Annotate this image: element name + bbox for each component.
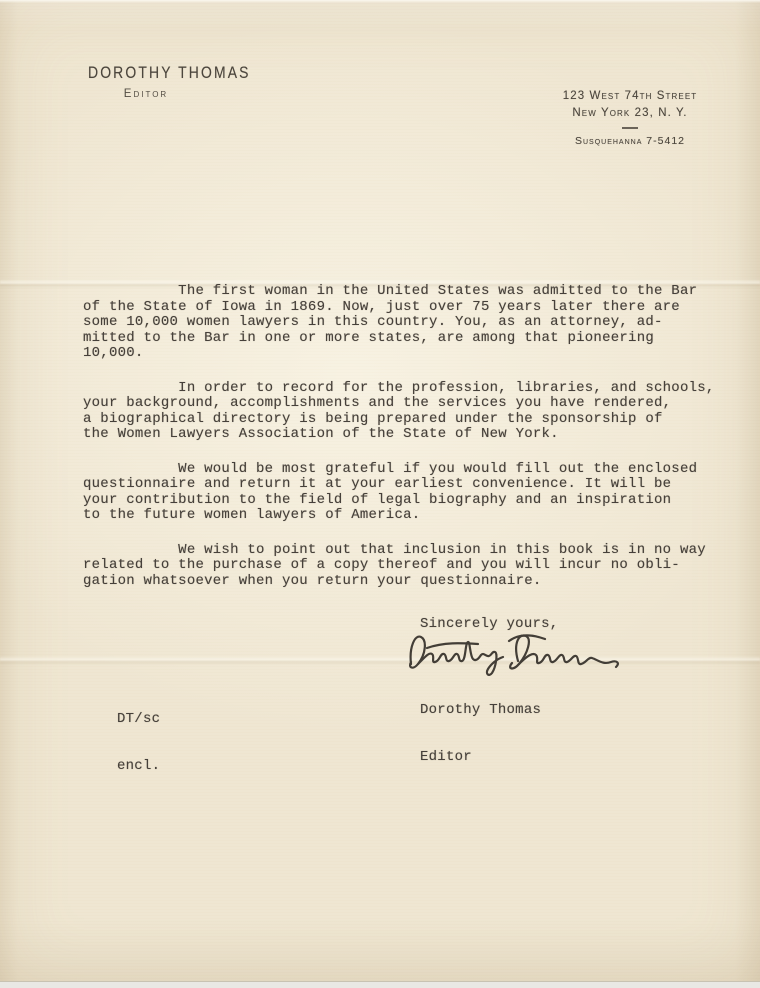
paragraph-1: The first woman in the United States was… bbox=[83, 284, 703, 362]
address-line-2: New York 23, N. Y. bbox=[545, 105, 715, 122]
typed-signature-block: Dorothy Thomas Editor bbox=[420, 672, 541, 796]
paragraph-3: We would be most grateful if you would f… bbox=[83, 462, 703, 524]
closing-block: Sincerely yours, Dorothy Thomas Editor bbox=[420, 617, 558, 633]
signature-svg bbox=[406, 630, 638, 678]
reference-block: DT/sc encl. bbox=[117, 681, 160, 805]
divider-rule bbox=[622, 127, 638, 129]
fold-crease-bottom bbox=[0, 656, 760, 666]
letterhead-address-block: 123 West 74th Street New York 23, N. Y. … bbox=[545, 88, 715, 147]
signature-handwriting bbox=[406, 630, 638, 678]
letter-body: The first woman in the United States was… bbox=[83, 284, 703, 608]
enclosure-notation: encl. bbox=[117, 759, 160, 775]
paragraph-2: In order to record for the profession, l… bbox=[83, 381, 703, 443]
paper-top-edge bbox=[0, 0, 760, 3]
phone-number: Susquehanna 7-5412 bbox=[545, 135, 715, 147]
letter-page: DOROTHY THOMAS Editor 123 West 74th Stre… bbox=[0, 0, 760, 988]
typed-title: Editor bbox=[420, 750, 541, 766]
letterhead-title: Editor bbox=[96, 88, 196, 100]
typist-initials: DT/sc bbox=[117, 712, 160, 728]
paper-bottom-edge bbox=[0, 981, 760, 988]
address-line-1: 123 West 74th Street bbox=[545, 88, 715, 105]
paragraph-4: We wish to point out that inclusion in t… bbox=[83, 543, 703, 590]
typed-name: Dorothy Thomas bbox=[420, 703, 541, 719]
letterhead-name: DOROTHY THOMAS bbox=[88, 63, 251, 83]
